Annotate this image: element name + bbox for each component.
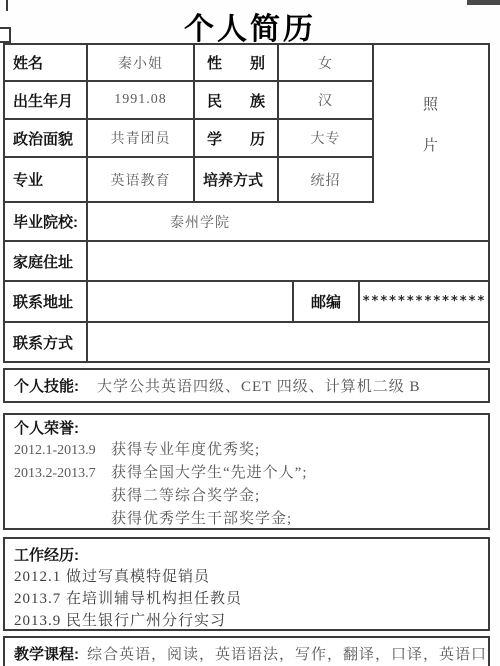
honor-text: 获得全国大学生“先进个人”; (111, 462, 307, 485)
work-line: 2013.7 在培训辅导机构担任教员 (14, 588, 480, 610)
honor-text: 获得二等综合奖学金; (111, 485, 260, 508)
courses-label: 教学课程: (14, 643, 79, 664)
field-label-school: 毕业院校: (5, 203, 88, 242)
row-home-address: 家庭住址 (5, 242, 488, 282)
honor-line: 2013.2-2013.7 获得全国大学生“先进个人”; (14, 462, 480, 485)
field-value-home-address (88, 242, 488, 282)
honors-label: 个人荣誉: (14, 419, 480, 439)
ethnicity-label-char1: 民 (207, 90, 222, 111)
info-grid-top: 姓名 秦小姐 性 别 女 照 片 出生年月 1991.08 民 族 汉 政治面貌… (5, 45, 488, 203)
work-line: 2012.1 做过写真模特促销员 (14, 566, 480, 588)
ethnicity-label-char2: 族 (250, 90, 265, 111)
honor-line: 获得二等综合奖学金; (14, 485, 480, 508)
field-label-gender: 性 别 (195, 45, 279, 82)
section-courses: 教学课程: 综合英语，阅读，英语语法，写作，翻译，口译，英语口语， (3, 636, 490, 666)
row-contact: 联系方式 (5, 323, 488, 361)
courses-value: 综合英语，阅读，英语语法，写作，翻译，口译，英语口语， (87, 643, 490, 664)
gender-label-char1: 性 (207, 52, 222, 73)
honor-date: 2012.1-2013.9 (14, 439, 111, 462)
row-school: 毕业院校: 泰州学院 (5, 203, 488, 242)
field-label-training: 培养方式 (195, 158, 279, 203)
work-label: 工作经历: (14, 545, 480, 566)
field-value-school: 泰州学院 (88, 203, 488, 242)
field-label-birth: 出生年月 (5, 82, 88, 120)
field-value-ethnicity: 汉 (279, 82, 374, 120)
honor-date (14, 485, 111, 508)
education-label-char1: 学 (207, 128, 222, 149)
field-value-political: 共青团员 (88, 120, 195, 158)
honor-line: 2012.1-2013.9 获得专业年度优秀奖; (14, 439, 480, 462)
skills-label: 个人技能: (14, 375, 79, 396)
field-value-education: 大专 (279, 120, 374, 158)
field-value-name: 秦小姐 (88, 45, 195, 82)
field-label-contact-address: 联系地址 (5, 282, 88, 323)
field-label-name: 姓名 (5, 45, 88, 82)
honor-date: 2013.2-2013.7 (14, 462, 111, 485)
field-value-birth: 1991.08 (88, 82, 195, 120)
info-table: 姓名 秦小姐 性 别 女 照 片 出生年月 1991.08 民 族 汉 政治面貌… (3, 43, 490, 363)
skills-value: 大学公共英语四级、CET 四级、计算机二级 B (97, 375, 421, 396)
honor-text: 获得优秀学生干部奖学金; (111, 508, 292, 530)
field-label-ethnicity: 民 族 (195, 82, 279, 120)
page-title: 个人简历 (0, 4, 500, 48)
photo-char-1: 照 (423, 93, 439, 114)
row-contact-address: 联系地址 邮编 ************** (5, 282, 488, 323)
field-label-postal: 邮编 (294, 282, 360, 323)
field-value-contact-address (88, 282, 294, 323)
section-work: 工作经历: 2012.1 做过写真模特促销员 2013.7 在培训辅导机构担任教… (3, 537, 490, 631)
field-label-education: 学 历 (195, 120, 279, 158)
photo-char-2: 片 (423, 134, 439, 155)
section-skills: 个人技能: 大学公共英语四级、CET 四级、计算机二级 B (3, 368, 490, 403)
field-label-major: 专业 (5, 158, 88, 203)
field-value-postal: ************** (360, 282, 488, 323)
field-value-gender: 女 (279, 45, 374, 82)
scan-artifact-left-box (0, 27, 11, 43)
section-honors: 个人荣誉: 2012.1-2013.9 获得专业年度优秀奖; 2013.2-20… (3, 413, 490, 530)
field-label-contact: 联系方式 (5, 323, 88, 361)
honor-text: 获得专业年度优秀奖; (111, 439, 260, 462)
education-label-char2: 历 (250, 128, 265, 149)
scan-artifact-left-line (6, 0, 8, 11)
field-value-training: 统招 (279, 158, 374, 203)
gender-label-char2: 别 (250, 52, 265, 73)
field-label-home-address: 家庭住址 (5, 242, 88, 282)
work-line: 2013.9 民生银行广州分行实习 (14, 610, 480, 631)
field-value-major: 英语教育 (88, 158, 195, 203)
honor-line: 获得优秀学生干部奖学金; (14, 508, 480, 530)
honor-date (14, 508, 111, 530)
resume-sheet: 姓名 秦小姐 性 别 女 照 片 出生年月 1991.08 民 族 汉 政治面貌… (3, 43, 490, 666)
field-value-contact (88, 323, 488, 361)
scan-artifact-top-right (467, 0, 500, 5)
field-label-political: 政治面貌 (5, 120, 88, 158)
photo-placeholder: 照 片 (374, 45, 488, 203)
